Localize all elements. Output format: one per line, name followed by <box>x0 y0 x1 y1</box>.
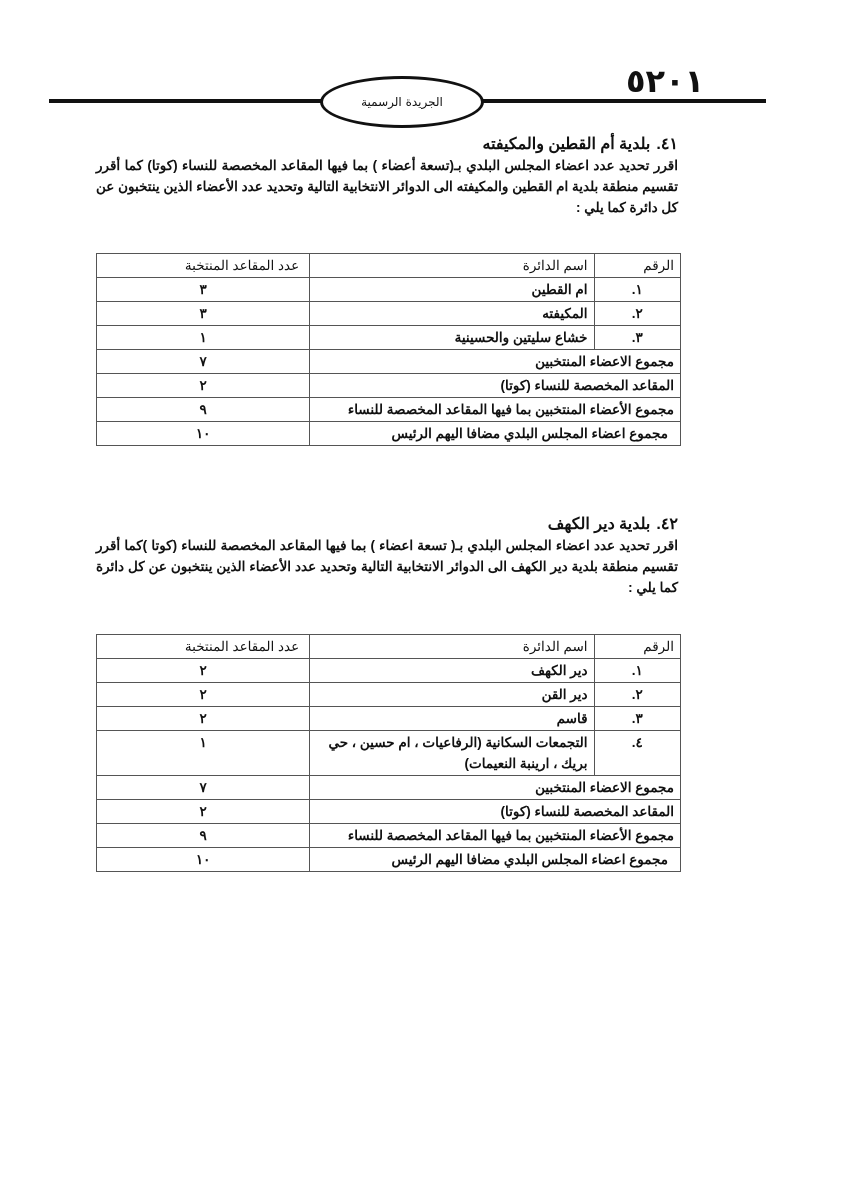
section-heading: بلدية دير الكهف <box>548 516 651 533</box>
summary-row: المقاعد المخصصة للنساء (كوتا) ٢ <box>97 800 681 824</box>
summary-value: ٧ <box>97 776 310 800</box>
header-district: اسم الدائرة <box>310 254 594 278</box>
summary-row: مجموع الاعضاء المنتخبين ٧ <box>97 776 681 800</box>
section-heading: بلدية أم القطين والمكيفته <box>482 136 650 153</box>
section-42-table: الرقم اسم الدائرة عدد المقاعد المنتخبة ١… <box>96 634 681 872</box>
summary-value: ٢ <box>97 800 310 824</box>
row-number: ٣. <box>594 707 680 731</box>
page-number: ٥٢٠١ <box>626 62 704 100</box>
district-name: دير الكهف <box>310 659 594 683</box>
summary-row: مجموع الأعضاء المنتخبين بما فيها المقاعد… <box>97 398 681 422</box>
section-number: ٤٢. <box>656 516 678 533</box>
gazette-emblem: الجريدة الرسمية <box>320 76 484 128</box>
table-row: ١. دير الكهف ٢ <box>97 659 681 683</box>
table-header-row: الرقم اسم الدائرة عدد المقاعد المنتخبة <box>97 254 681 278</box>
summary-value: ١٠ <box>97 422 310 446</box>
district-name: دير القن <box>310 683 594 707</box>
summary-row: مجموع اعضاء المجلس البلدي مضافا اليهم ال… <box>97 422 681 446</box>
row-number: ٣. <box>594 326 680 350</box>
row-number: ٢. <box>594 302 680 326</box>
header-seats: عدد المقاعد المنتخبة <box>97 635 310 659</box>
section-number: ٤١. <box>656 136 678 153</box>
header-number: الرقم <box>594 254 680 278</box>
section-41-table: الرقم اسم الدائرة عدد المقاعد المنتخبة ١… <box>96 253 681 446</box>
summary-value: ٢ <box>97 374 310 398</box>
district-name: قاسم <box>310 707 594 731</box>
summary-row: مجموع الأعضاء المنتخبين بما فيها المقاعد… <box>97 824 681 848</box>
district-name: المكيفته <box>310 302 594 326</box>
gazette-label: الجريدة الرسمية <box>361 95 443 109</box>
summary-label: مجموع الأعضاء المنتخبين بما فيها المقاعد… <box>310 398 681 422</box>
row-number: ١. <box>594 278 680 302</box>
row-number: ١. <box>594 659 680 683</box>
summary-row: المقاعد المخصصة للنساء (كوتا) ٢ <box>97 374 681 398</box>
section-42-title: ٤٢.بلدية دير الكهف <box>548 514 678 534</box>
summary-row: مجموع اعضاء المجلس البلدي مضافا اليهم ال… <box>97 848 681 872</box>
summary-label: مجموع اعضاء المجلس البلدي مضافا اليهم ال… <box>310 848 681 872</box>
table-row: ٣. خشاع سليتين والحسينية ١ <box>97 326 681 350</box>
district-name: خشاع سليتين والحسينية <box>310 326 594 350</box>
header-number: الرقم <box>594 635 680 659</box>
table-row: ٢. المكيفته ٣ <box>97 302 681 326</box>
row-number: ٢. <box>594 683 680 707</box>
summary-value: ٩ <box>97 398 310 422</box>
seat-count: ٣ <box>97 302 310 326</box>
seat-count: ٢ <box>97 659 310 683</box>
seat-count: ١ <box>97 731 310 776</box>
summary-value: ٧ <box>97 350 310 374</box>
seat-count: ٢ <box>97 683 310 707</box>
seat-count: ٢ <box>97 707 310 731</box>
summary-label: مجموع الاعضاء المنتخبين <box>310 776 681 800</box>
summary-value: ٩ <box>97 824 310 848</box>
section-42-paragraph: اقرر تحديد عدد اعضاء المجلس البلدي بـ( ت… <box>96 535 678 598</box>
table-header-row: الرقم اسم الدائرة عدد المقاعد المنتخبة <box>97 635 681 659</box>
section-41-title: ٤١.بلدية أم القطين والمكيفته <box>482 134 678 154</box>
seat-count: ١ <box>97 326 310 350</box>
summary-value: ١٠ <box>97 848 310 872</box>
header-district: اسم الدائرة <box>310 635 594 659</box>
table-row: ٢. دير القن ٢ <box>97 683 681 707</box>
district-name: ام القطين <box>310 278 594 302</box>
summary-label: المقاعد المخصصة للنساء (كوتا) <box>310 374 681 398</box>
summary-label: المقاعد المخصصة للنساء (كوتا) <box>310 800 681 824</box>
section-41-paragraph: اقرر تحديد عدد اعضاء المجلس البلدي بـ(تس… <box>96 155 678 218</box>
row-number: ٤. <box>594 731 680 776</box>
table-row: ١. ام القطين ٣ <box>97 278 681 302</box>
summary-label: مجموع اعضاء المجلس البلدي مضافا اليهم ال… <box>310 422 681 446</box>
summary-label: مجموع الاعضاء المنتخبين <box>310 350 681 374</box>
table-row: ٣. قاسم ٢ <box>97 707 681 731</box>
table-row: ٤. التجمعات السكانية (الرفاعيات ، ام حسي… <box>97 731 681 776</box>
summary-label: مجموع الأعضاء المنتخبين بما فيها المقاعد… <box>310 824 681 848</box>
summary-row: مجموع الاعضاء المنتخبين ٧ <box>97 350 681 374</box>
header-seats: عدد المقاعد المنتخبة <box>97 254 310 278</box>
district-name: التجمعات السكانية (الرفاعيات ، ام حسين ،… <box>310 731 594 776</box>
seat-count: ٣ <box>97 278 310 302</box>
